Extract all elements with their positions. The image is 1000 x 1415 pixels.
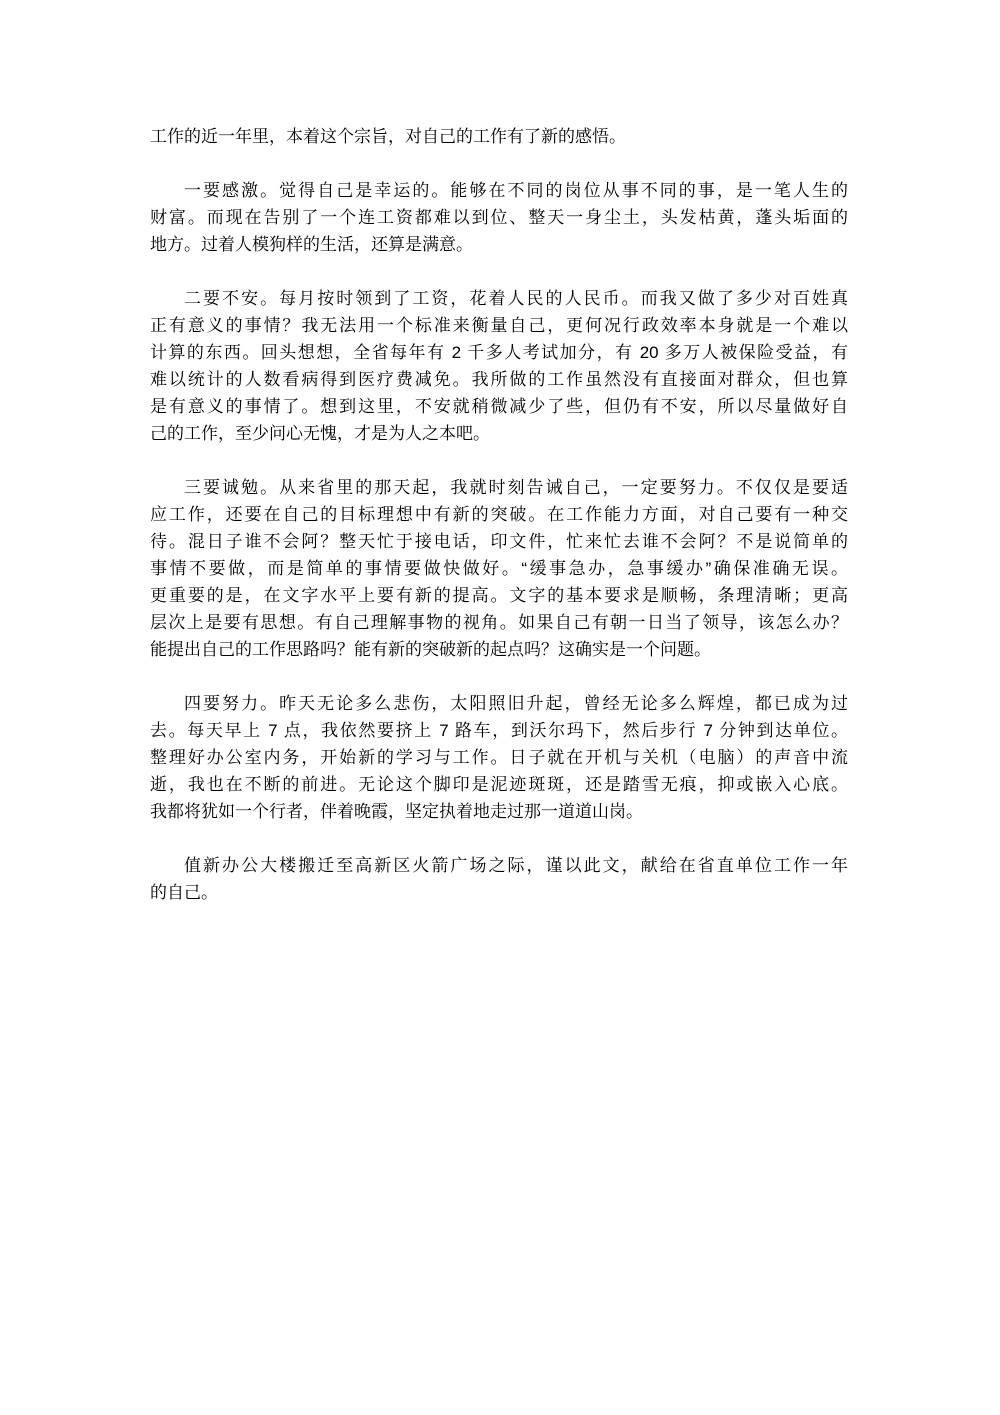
text-line: 值新办公大楼搬迁至高新区火箭广场之际，谨以此文，献给在省直单位工作一年 [150,852,848,879]
text-line: 是有意义的事情了。想到这里，不安就稍微减少了些，但仍有不安，所以尽量做好自 [150,393,848,420]
text-line: 三要诚勉。从来省里的那天起，我就时刻告诫自己，一定要努力。不仅仅是要适 [150,474,848,501]
text-line: 的自己。 [150,879,848,906]
text-line: 己的工作，至少问心无愧，才是为人之本吧。 [150,420,848,447]
text-line: 去。每天早上 7 点，我依然要挤上 7 路车，到沃尔玛下，然后步行 7 分钟到达… [150,717,848,744]
text-line: 整理好办公室内务，开始新的学习与工作。日子就在开机与关机（电脑）的声音中流 [150,744,848,771]
text-line: 能提出自己的工作思路吗？能有新的突破新的起点吗？这确实是一个问题。 [150,636,848,663]
text-line: 二要不安。每月按时领到了工资，花着人民的人民币。而我又做了多少对百姓真 [150,285,848,312]
text-line: 更重要的是，在文字水平上要有新的提高。文字的基本要求是顺畅，条理清晰；更高 [150,582,848,609]
text-line: 财富。而现在告别了一个连工资都难以到位、整天一身尘土，头发枯黄，蓬头垢面的 [150,204,848,231]
paragraph: 三要诚勉。从来省里的那天起，我就时刻告诫自己，一定要努力。不仅仅是要适应工作，还… [150,474,848,663]
document-page: 工作的近一年里，本着这个宗旨，对自己的工作有了新的感悟。一要感激。觉得自己是幸运… [0,0,1000,1415]
text-line: 四要努力。昨天无论多么悲伤，太阳照旧升起，曾经无论多么辉煌，都已成为过 [150,690,848,717]
text-line: 工作的近一年里，本着这个宗旨，对自己的工作有了新的感悟。 [150,123,848,150]
paragraph: 二要不安。每月按时领到了工资，花着人民的人民币。而我又做了多少对百姓真正有意义的… [150,285,848,447]
text-line: 难以统计的人数看病得到医疗费减免。我所做的工作虽然没有直接面对群众，但也算 [150,366,848,393]
paragraph: 一要感激。觉得自己是幸运的。能够在不同的岗位从事不同的事，是一笔人生的财富。而现… [150,177,848,258]
text-line: 应工作，还要在自己的目标理想中有新的突破。在工作能力方面，对自己要有一种交 [150,501,848,528]
text-line: 地方。过着人模狗样的生活，还算是满意。 [150,231,848,258]
paragraph: 四要努力。昨天无论多么悲伤，太阳照旧升起，曾经无论多么辉煌，都已成为过去。每天早… [150,690,848,825]
text-line: 事情不要做，而是简单的事情要做快做好。“缓事急办，急事缓办”确保准确无误。 [150,555,848,582]
text-line: 层次上是要有思想。有自己理解事物的视角。如果自己有朝一日当了领导，该怎么办？ [150,609,848,636]
paragraph: 值新办公大楼搬迁至高新区火箭广场之际，谨以此文，献给在省直单位工作一年的自己。 [150,852,848,906]
text-line: 一要感激。觉得自己是幸运的。能够在不同的岗位从事不同的事，是一笔人生的 [150,177,848,204]
text-line: 计算的东西。回头想想，全省每年有 2 千多人考试加分，有 20 多万人被保险受益… [150,339,848,366]
text-line: 我都将犹如一个行者，伴着晚霞，坚定执着地走过那一道道山岗。 [150,798,848,825]
document-body: 工作的近一年里，本着这个宗旨，对自己的工作有了新的感悟。一要感激。觉得自己是幸运… [150,123,848,906]
text-line: 逝，我也在不断的前进。无论这个脚印是泥迹斑斑，还是踏雪无痕，抑或嵌入心底。 [150,771,848,798]
paragraph: 工作的近一年里，本着这个宗旨，对自己的工作有了新的感悟。 [150,123,848,150]
text-line: 正有意义的事情？我无法用一个标准来衡量自己，更何况行政效率本身就是一个难以 [150,312,848,339]
text-line: 待。混日子谁不会阿？整天忙于接电话，印文件，忙来忙去谁不会阿？不是说简单的 [150,528,848,555]
